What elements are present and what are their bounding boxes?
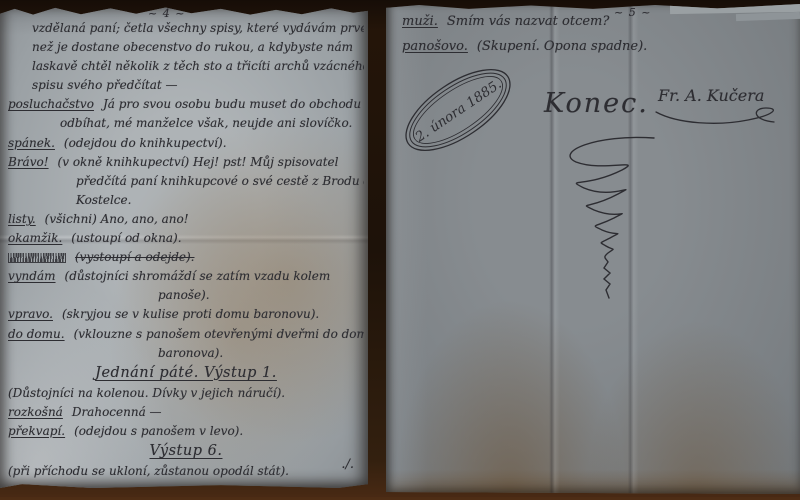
manuscript-page-left: ~ 4 ~ vzdělaná paní; četla všechny spisy…	[0, 6, 368, 488]
manuscript-line: odbíhat, mé manželce však, neujde ani sl…	[8, 114, 364, 133]
manuscript-line: překvapí.(odejdou s panošem v levo).	[8, 422, 364, 441]
manuscript-line: předčítá paní knihkupcové o své cestě z …	[8, 172, 364, 191]
author-signature: Fr. A. Kučera	[658, 86, 764, 105]
signature-flourish	[648, 104, 788, 130]
manuscript-page-right: ~ 5 ~ muži.Smím vás nazvat otcem?panošov…	[386, 4, 800, 494]
the-end-word: Konec.	[544, 88, 649, 119]
manuscript-line: vyndám(důstojníci shromáždí se zatím vza…	[8, 267, 364, 286]
cue-word: rozkošná	[8, 405, 63, 419]
line-text: Jednání páté. Výstup 1.	[95, 365, 277, 381]
cue-word: Brávo!	[8, 155, 49, 169]
line-text: (všichni) Ano, ano, ano!	[45, 212, 189, 226]
manuscript-line: laskavě chtěl několik z těch sto a třicí…	[8, 57, 364, 76]
manuscript-line: (vystoupí a odejde).	[8, 248, 364, 267]
line-text: laskavě chtěl několik z těch sto a třicí…	[32, 59, 364, 73]
cue-word: překvapí.	[8, 424, 65, 438]
scene-heading: Výstup 6.	[8, 441, 364, 462]
manuscript-line: rozkošnáDrahocenná —	[8, 403, 364, 422]
manuscript-line: panoše).	[8, 286, 364, 305]
line-text: (Skupení. Opona spadne).	[477, 39, 647, 54]
line-text: Já pro svou osobu budu muset do obchodu	[103, 97, 361, 111]
line-text: baronova).	[158, 346, 223, 360]
manuscript-line: Brávo!(v okně knihkupectví) Hej! pst! Mů…	[8, 153, 364, 172]
scribbled-out-cue	[8, 253, 66, 263]
line-text: (ustoupí od okna).	[71, 231, 181, 245]
manuscript-line: baronova).	[8, 344, 364, 363]
line-text: vzdělaná paní; četla všechny spisy, kter…	[32, 21, 364, 35]
cue-word: vpravo.	[8, 307, 53, 321]
manuscript-line: (při příchodu se ukloní, zůstanou opodál…	[8, 462, 364, 481]
cue-word: do domu.	[8, 327, 65, 341]
line-text: Smím vás nazvat otcem?	[447, 14, 610, 29]
manuscript-line: vpravo.(skryjou se v kulise proti domu b…	[8, 305, 364, 324]
line-text: (Důstojníci na kolenou. Dívky v jejich n…	[8, 386, 285, 400]
manuscript-line: panošovo.(Skupení. Opona spadne).	[402, 39, 647, 54]
cue-word: okamžik.	[8, 231, 62, 245]
cue-word: posluchačstvo	[8, 97, 94, 111]
line-text: (skryjou se v kulise proti domu baronovu…	[62, 307, 319, 321]
manuscript-line: do domu.(vklouzne s panošem otevřenými d…	[8, 325, 364, 344]
line-text: (při příchodu se ukloní, zůstanou opodál…	[8, 464, 289, 478]
manuscript-line: muži.Smím vás nazvat otcem?	[402, 14, 609, 29]
cue-word: vyndám	[8, 269, 56, 283]
manuscript-line: než je dostane obecenstvo do rukou, a kd…	[8, 38, 364, 57]
manuscript-line: okamžik.(ustoupí od okna).	[8, 229, 364, 248]
left-page-text: vzdělaná paní; četla všechny spisy, kter…	[8, 19, 364, 481]
line-text: panoše).	[158, 288, 210, 302]
oval-date-stamp: 2. února 1885.	[386, 60, 536, 164]
line-text: předčítá paní knihkupcové o své cestě z …	[76, 174, 364, 188]
line-text: (odejdou s panošem v levo).	[74, 424, 243, 438]
manuscript-line: Kostelce.	[8, 191, 364, 210]
page-number-right: ~ 5 ~	[614, 6, 651, 19]
cue-word: listy.	[8, 212, 36, 226]
line-text: (důstojníci shromáždí se zatím vzadu kol…	[65, 269, 331, 283]
manuscript-line: (Důstojníci na kolenou. Dívky v jejich n…	[8, 384, 364, 403]
line-text: (odejdou do knihkupectví).	[64, 136, 227, 150]
line-text: (vklouzne s panošem otevřenými dveřmi do…	[74, 327, 364, 341]
manuscript-line: spánek.(odejdou do knihkupectví).	[8, 134, 364, 153]
line-text: Drahocenná —	[72, 405, 162, 419]
line-text: odbíhat, mé manželce však, neujde ani sl…	[60, 116, 352, 130]
continuation-mark: ./.	[341, 457, 354, 472]
manuscript-line: listy.(všichni) Ano, ano, ano!	[8, 210, 364, 229]
line-text: Kostelce.	[76, 193, 131, 207]
line-text: spisu svého předčítat —	[32, 78, 178, 92]
line-text: (vystoupí a odejde).	[75, 250, 194, 264]
cue-word: muži.	[402, 14, 438, 29]
stacked-sheets-edge	[736, 12, 800, 21]
flourish-squiggle	[536, 132, 666, 302]
manuscript-line: spisu svého předčítat —	[8, 76, 364, 95]
scene-heading: Jednání páté. Výstup 1.	[8, 363, 364, 384]
manuscript-line: vzdělaná paní; četla všechny spisy, kter…	[8, 19, 364, 38]
line-text: (v okně knihkupectví) Hej! pst! Můj spis…	[58, 155, 339, 169]
cue-word: spánek.	[8, 136, 55, 150]
manuscript-line: posluchačstvoJá pro svou osobu budu muse…	[8, 95, 364, 114]
line-text: než je dostane obecenstvo do rukou, a kd…	[32, 40, 353, 54]
line-text: Výstup 6.	[150, 443, 223, 459]
cue-word: panošovo.	[402, 39, 468, 54]
manuscript-photo: { "photo": { "left_page_number": "~ 4 ~"…	[0, 0, 800, 500]
